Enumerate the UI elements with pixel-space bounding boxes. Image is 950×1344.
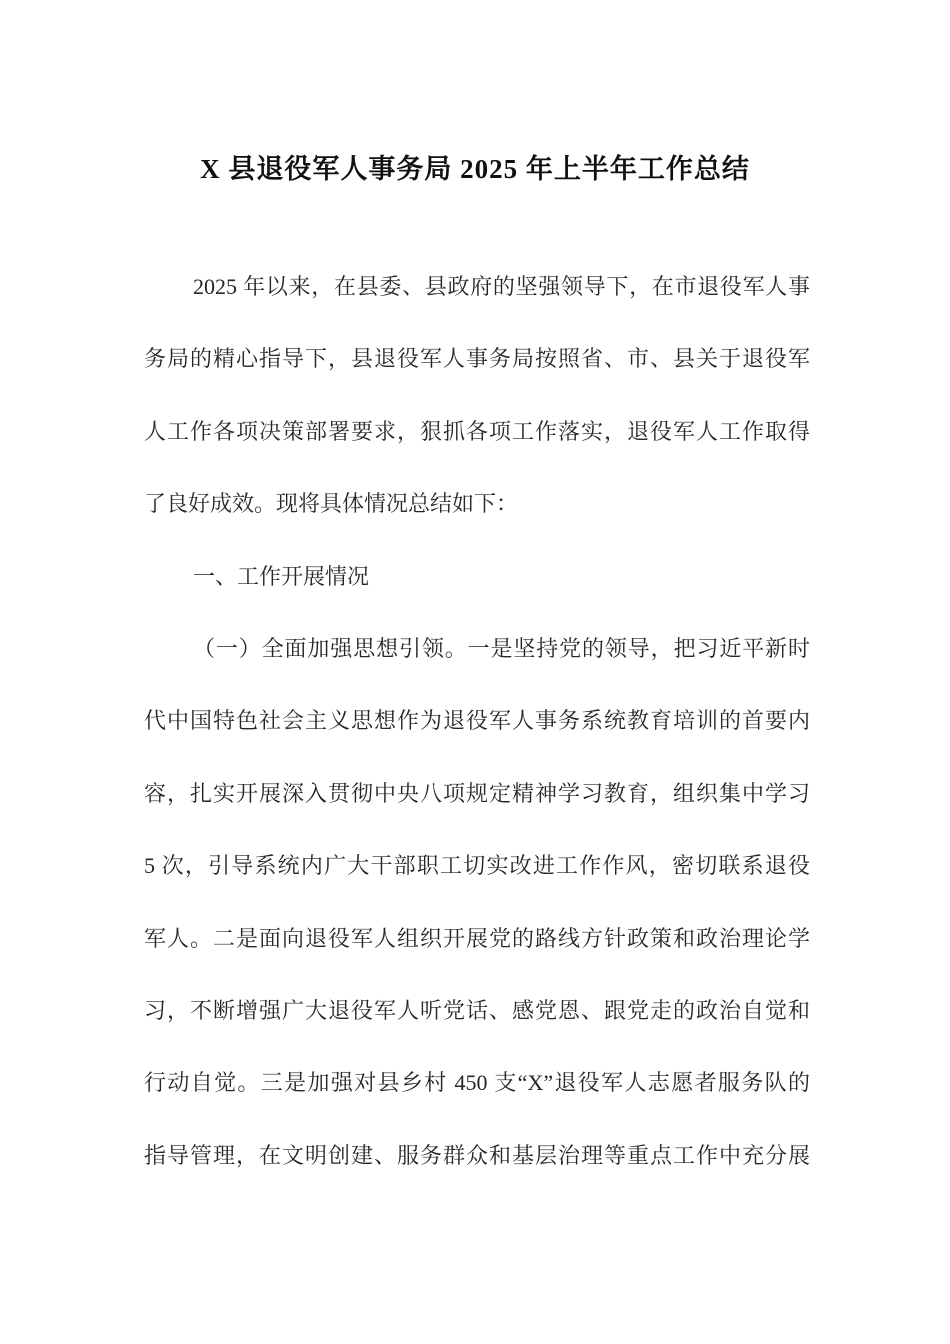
- document-body: 2025 年以来，在县委、县政府的坚强领导下，在市退役军人事务局的精心指导下，县…: [144, 251, 810, 1192]
- text-line: 容，扎实开展深入贯彻中央八项规定精神学习教育，组织集中学习: [144, 758, 810, 830]
- text-line: 指导管理，在文明创建、服务群众和基层治理等重点工作中充分展: [144, 1120, 810, 1192]
- document-title: X 县退役军人事务局 2025 年上半年工作总结: [0, 144, 950, 194]
- text-line: 军人。二是面向退役军人组织开展党的路线方针政策和政治理论学: [144, 903, 810, 975]
- text-line: 代中国特色社会主义思想作为退役军人事务系统教育培训的首要内: [144, 685, 810, 757]
- text-line: 5 次，引导系统内广大干部职工切实改进工作作风，密切联系退役: [144, 830, 810, 902]
- text-line: 务局的精心指导下，县退役军人事务局按照省、市、县关于退役军: [144, 323, 810, 395]
- text-line: 人工作各项决策部署要求，狠抓各项工作落实，退役军人工作取得: [144, 396, 810, 468]
- text-line: 一、工作开展情况: [144, 541, 810, 613]
- text-line: 行动自觉。三是加强对县乡村 450 支“X”退役军人志愿者服务队的: [144, 1047, 810, 1119]
- document-page: X 县退役军人事务局 2025 年上半年工作总结 2025 年以来，在县委、县政…: [0, 0, 950, 1344]
- text-line: （一）全面加强思想引领。一是坚持党的领导，把习近平新时: [144, 613, 810, 685]
- text-line: 2025 年以来，在县委、县政府的坚强领导下，在市退役军人事: [144, 251, 810, 323]
- text-line: 习，不断增强广大退役军人听党话、感党恩、跟党走的政治自觉和: [144, 975, 810, 1047]
- text-line: 了良好成效。现将具体情况总结如下：: [144, 468, 810, 540]
